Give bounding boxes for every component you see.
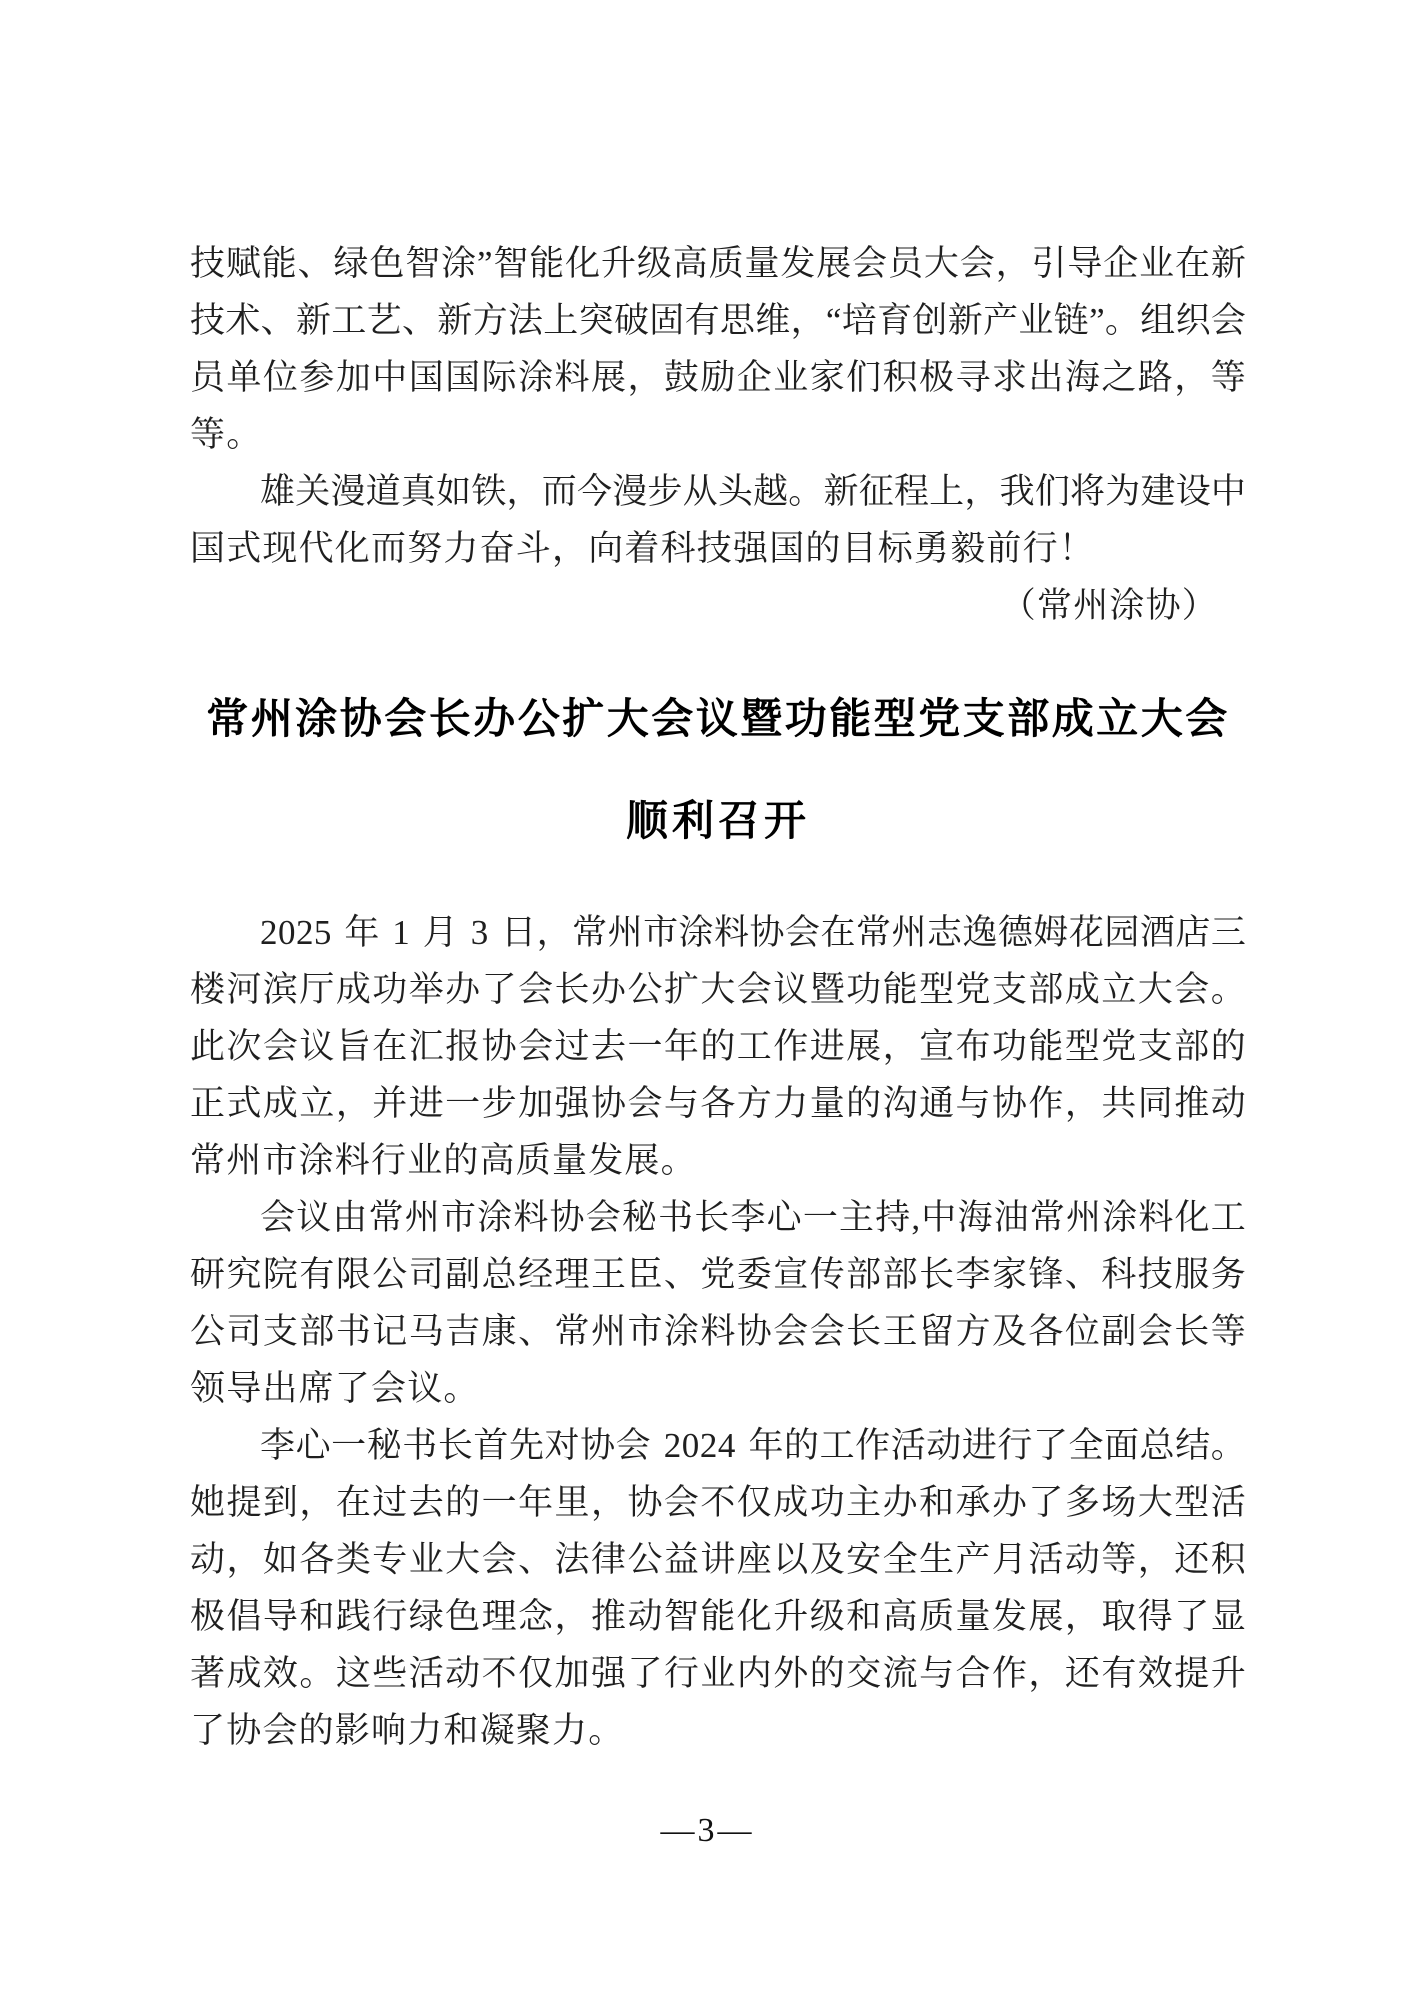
document-page: 技赋能、绿色智涂”智能化升级高质量发展会员大会，引导企业在新 技术、新工艺、新方…	[0, 0, 1415, 2000]
page-number: —3—	[0, 1812, 1415, 1850]
text-line: 雄关漫道真如铁，而今漫步从头越。新征程上，我们将为建设中	[190, 463, 1246, 520]
text-line: 正式成立，并进一步加强协会与各方力量的沟通与协作，共同推动	[190, 1075, 1246, 1132]
text-line: 国式现代化而努力奋斗，向着科技强国的目标勇毅前行！	[190, 520, 1246, 577]
text-line: 此次会议旨在汇报协会过去一年的工作进展，宣布功能型党支部的	[190, 1018, 1246, 1075]
byline-attribution: （常州涂协）	[190, 577, 1246, 634]
text-line: 常州市涂料行业的高质量发展。	[190, 1132, 1246, 1189]
text-line: 著成效。这些活动不仅加强了行业内外的交流与合作，还有效提升	[190, 1645, 1246, 1702]
paragraph-continuation: 技赋能、绿色智涂”智能化升级高质量发展会员大会，引导企业在新 技术、新工艺、新方…	[190, 235, 1246, 463]
paragraph-closing: 雄关漫道真如铁，而今漫步从头越。新征程上，我们将为建设中 国式现代化而努力奋斗，…	[190, 463, 1246, 577]
paragraph-summary: 李心一秘书长首先对协会 2024 年的工作活动进行了全面总结。 她提到，在过去的…	[190, 1417, 1246, 1759]
text-line: 领导出席了会议。	[190, 1360, 1246, 1417]
text-line: 她提到，在过去的一年里，协会不仅成功主办和承办了多场大型活	[190, 1474, 1246, 1531]
text-column: 技赋能、绿色智涂”智能化升级高质量发展会员大会，引导企业在新 技术、新工艺、新方…	[190, 235, 1246, 1759]
text-line: 技赋能、绿色智涂”智能化升级高质量发展会员大会，引导企业在新	[190, 235, 1246, 292]
paragraph-attendees: 会议由常州市涂料协会秘书长李心一主持,中海油常州涂料化工 研究院有限公司副总经理…	[190, 1189, 1246, 1417]
text-line: 研究院有限公司副总经理王臣、党委宣传部部长李家锋、科技服务	[190, 1246, 1246, 1303]
text-line: 李心一秘书长首先对协会 2024 年的工作活动进行了全面总结。	[190, 1417, 1246, 1474]
article-title-line2: 顺利召开	[190, 786, 1246, 858]
text-line: 了协会的影响力和凝聚力。	[190, 1702, 1246, 1759]
text-line: 技术、新工艺、新方法上突破固有思维，“培育创新产业链”。组织会	[190, 292, 1246, 349]
text-line: 2025 年 1 月 3 日，常州市涂料协会在常州志逸德姆花园酒店三	[190, 904, 1246, 961]
text-line: 极倡导和践行绿色理念，推动智能化升级和高质量发展，取得了显	[190, 1588, 1246, 1645]
text-line: 会议由常州市涂料协会秘书长李心一主持,中海油常州涂料化工	[190, 1189, 1246, 1246]
article-title-line1: 常州涂协会长办公扩大会议暨功能型党支部成立大会	[190, 684, 1246, 756]
text-line: 等。	[190, 406, 1246, 463]
text-line: 员单位参加中国国际涂料展，鼓励企业家们积极寻求出海之路，等	[190, 349, 1246, 406]
paragraph-intro: 2025 年 1 月 3 日，常州市涂料协会在常州志逸德姆花园酒店三 楼河滨厅成…	[190, 904, 1246, 1189]
text-line: 公司支部书记马吉康、常州市涂料协会会长王留方及各位副会长等	[190, 1303, 1246, 1360]
text-line: 动，如各类专业大会、法律公益讲座以及安全生产月活动等，还积	[190, 1531, 1246, 1588]
text-line: 楼河滨厅成功举办了会长办公扩大会议暨功能型党支部成立大会。	[190, 961, 1246, 1018]
